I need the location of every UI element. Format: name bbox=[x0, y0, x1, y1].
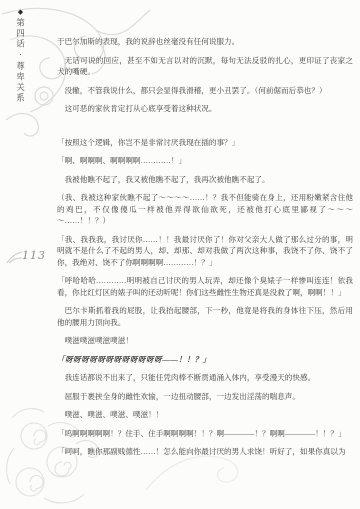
paragraph: 噗滋、噗滋、噗滋、噗滋！！ bbox=[57, 409, 353, 421]
paragraph: 「呜啊啊啊啊啊！？住手、住手啊啊啊啊！！？啊————！？啊啊————！！？」 bbox=[57, 428, 353, 440]
paragraph: 没辙，不管我说什么，都只会显得我滑稽，更小丑罢了。（何前倨而后恭也？） bbox=[57, 85, 353, 97]
paragraph: 「我、我我我，我讨厌你……！！我最讨厌你了！你对父亲大人做了那么过分的事，明明就… bbox=[57, 234, 353, 269]
paragraph: 于巴尔加斯的表现，我的说辞也丝毫没有任何说服力。 bbox=[57, 36, 353, 48]
paragraph: 巴尔卡斯抓着我的屁股，让我抬起腰部，下一秒，他竟是将我的身体往下压，然后用他的腰… bbox=[57, 305, 353, 328]
body-text: 于巴尔加斯的表现，我的说辞也丝毫没有任何说服力。无话可说的回应，甚至不如无言以对… bbox=[57, 36, 353, 465]
paragraph: 「呼哈哈哈…………明明被自己讨厌的男人玩弄，却还像个臭婊子一样惨叫连连！依我看，… bbox=[57, 275, 353, 298]
page-number: 113 bbox=[22, 249, 46, 262]
paragraph: 「啊、啊啊啊、啊啊啊啊…………！」 bbox=[57, 155, 353, 167]
paragraph: 我连话都说不出来了，只能任凭肉棒不断贯通涌入体内，享受漫天的快感。 bbox=[57, 372, 353, 384]
paragraph: 屈服于裹挟全身的雌性欢愉，一边扭动腰部，一边发出淫荡的喘息声。 bbox=[57, 391, 353, 403]
paragraph: 这可恶的家伙肯定打从心底享受着这种状况。 bbox=[57, 103, 353, 115]
paragraph: 噗滋噗滋噗滋噗滋！ bbox=[57, 335, 353, 347]
paragraph: （我、我被这种家伙瞧不起了～～～～……！？我不但能骑在身上，还用粉嫩紧含住他的鸡… bbox=[57, 192, 353, 227]
paragraph: 「按照这个逻辑，你岂不是非常讨厌我现在插的事？」 bbox=[57, 137, 353, 149]
chapter-title: ◆第四话·尊卑关系 bbox=[16, 8, 25, 104]
novel-page: ◆第四话·尊卑关系 113 于巴尔加斯的表现，我的说辞也丝毫没有任何说服力。 bbox=[0, 0, 360, 509]
paragraph: 无话可说的回应，甚至不如无言以对的沉默，每句无法反驳的扎心，更印证了丧家之犬的嘴… bbox=[57, 55, 353, 78]
paragraph: 我被他瞧不起了，我又被他瞧不起了，我再次被他瞧不起了。 bbox=[57, 174, 353, 186]
chapter-title-text: 第四话·尊卑关系 bbox=[16, 18, 26, 104]
diamond-icon: ◆ bbox=[17, 8, 25, 18]
paragraph: 「呵呵，瞧你那副贱德性……！怎么能向你最讨厌的男人求饶！听好了，如果你真以为 bbox=[57, 446, 353, 458]
paragraph: 「呀呀呀呀呀呀呀呀呀呀呀呀——！！？」 bbox=[57, 354, 353, 366]
